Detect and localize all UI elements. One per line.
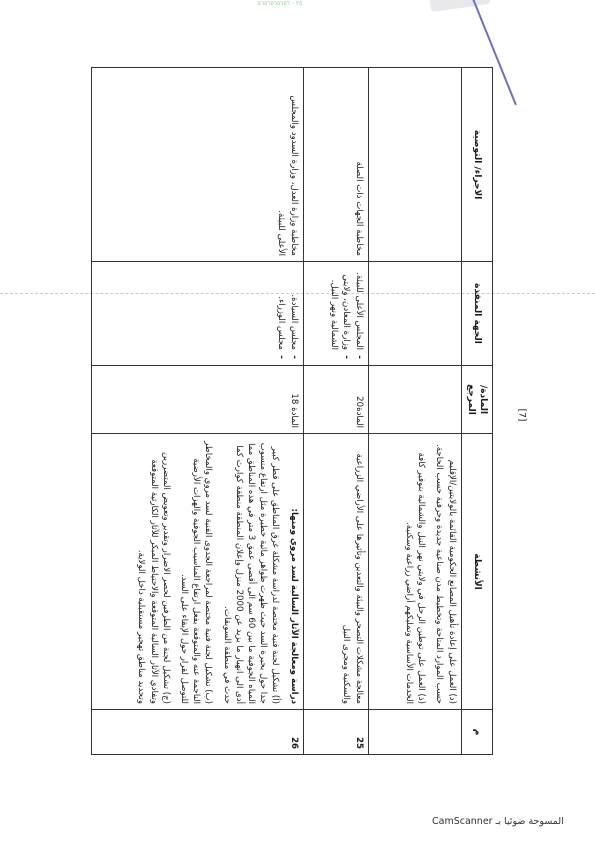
- row-article: [368, 366, 461, 434]
- row-recommendation: مخاطبة الجهات ذات الصلة: [303, 68, 368, 262]
- page-number: [7]: [516, 409, 526, 422]
- table-row: 26 دراسة ومعالجة الآثار السالبة لسد مروي…: [91, 68, 303, 755]
- row-article: المادة 18: [91, 366, 303, 434]
- table-row: 25 معالجة مشكلات التصحر والبيئة والتعدين…: [303, 68, 368, 755]
- row-num: [368, 710, 461, 755]
- camscanner-watermark: المسوحة ضوئيا بـ CamScanner: [432, 816, 564, 827]
- entity-item: وزارة المعادن، ولايتي الشمالية ونهر الني…: [328, 267, 352, 350]
- rotated-table-container: م الأنشطة المادة/ المرجع الجهة المنفذة ا…: [92, 67, 493, 754]
- row-num: 25: [303, 710, 368, 755]
- entity-item: مجلس السيادة.: [287, 267, 299, 350]
- header-entity: الجهة المنفذة: [461, 262, 492, 366]
- page-corner-fold: [429, 0, 490, 12]
- row-recommendation: [368, 68, 461, 262]
- activity-item: (ذ) العمل على توطين الرحل في ولايتي نهر …: [403, 439, 427, 704]
- activity-item: (د) العمل على إعادة تأهيل المصانع الحكوم…: [433, 439, 457, 704]
- row-entity: [368, 262, 461, 366]
- header-activities: الأنشطة: [461, 434, 492, 710]
- header-recommendation: الاجراء/ التوصية: [461, 68, 492, 262]
- row-recommendation: مخاطبة وزارة العدل، وزارة السدود والمجلس…: [91, 68, 303, 262]
- header-num: م: [461, 710, 492, 755]
- row-activities: دراسة ومعالجة الآثار السالبة لسد مروي وم…: [91, 434, 303, 710]
- entity-item: المجلس الأعلى للبيئة.: [352, 267, 364, 350]
- header-article: المادة/ المرجع: [461, 366, 492, 434]
- table-header-row: م الأنشطة المادة/ المرجع الجهة المنفذة ا…: [461, 68, 492, 755]
- table-row: (د) العمل على إعادة تأهيل المصانع الحكوم…: [368, 68, 461, 755]
- row-entity: مجلس السيادة. مجلس الوزراء.: [91, 262, 303, 366]
- row-activities: (د) العمل على إعادة تأهيل المصانع الحكوم…: [368, 434, 461, 710]
- activity-item: (أ) تشكيل لجنة فنية مختصة لدراسة مشكلة غ…: [220, 439, 281, 704]
- activity-item: معالجة مشكلات التصحر والبيئة والتعدين وت…: [340, 439, 364, 704]
- row-activities: معالجة مشكلات التصحر والبيئة والتعدين وت…: [303, 434, 368, 710]
- row-article: المادة20: [303, 366, 368, 434]
- activity-item: (ج) تشكيل لجنة من الطرفين لحصر الاضرار و…: [135, 439, 172, 704]
- row-num: 26: [91, 710, 303, 755]
- activity-item: (ب) تشكيل لجنة فنية مختصة لمراجعة الجدوى…: [178, 439, 215, 704]
- scan-header-stamp: ٢٥ - ٥٦٥٦٥٦٥٦٥٦: [200, 0, 360, 6]
- row-entity: المجلس الأعلى للبيئة. وزارة المعادن، ولا…: [303, 262, 368, 366]
- activity-title: دراسة ومعالجة الآثار السالبة لسد مروي وم…: [287, 439, 299, 704]
- activities-table: م الأنشطة المادة/ المرجع الجهة المنفذة ا…: [91, 67, 493, 755]
- entity-item: مجلس الوزراء.: [275, 267, 287, 350]
